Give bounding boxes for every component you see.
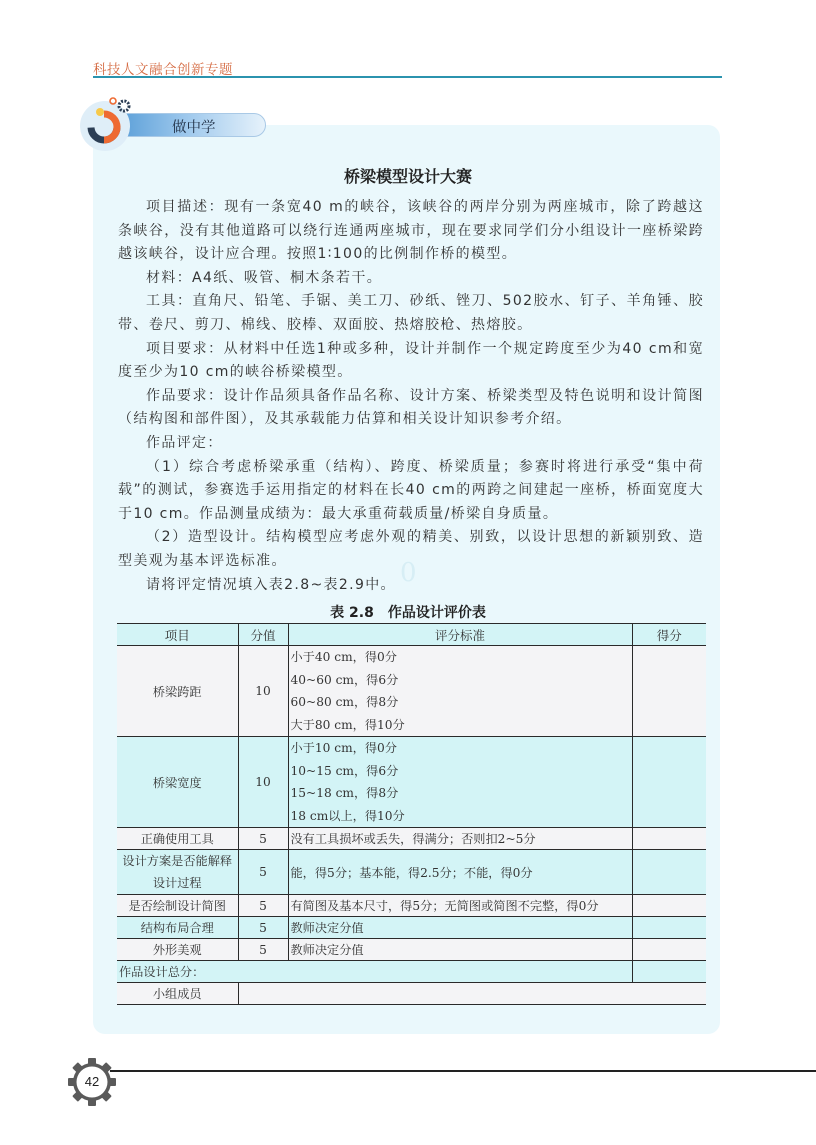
row-result-cell[interactable] [632, 850, 706, 895]
criteria-line: 小于10 cm，得0分 [291, 737, 630, 760]
header-result: 得分 [632, 624, 706, 646]
table-total-row: 作品设计总分： [117, 961, 706, 983]
document-body: 项目描述：现有一条宽40 m的峡谷，该峡谷的两岸分别为两座城市，除了跨越这条峡谷… [118, 196, 704, 597]
row-score: 5 [238, 939, 288, 961]
row-criteria: 小于40 cm，得0分 40~60 cm，得6分 60~80 cm，得8分 大于… [288, 646, 632, 737]
row-score: 10 [238, 737, 288, 828]
header-divider [93, 76, 722, 78]
row-criteria: 小于10 cm，得0分 10~15 cm，得6分 15~18 cm，得8分 18… [288, 737, 632, 828]
row-result-cell[interactable] [632, 828, 706, 850]
criteria-line: 10~15 cm，得6分 [291, 760, 630, 783]
row-result-cell[interactable] [632, 917, 706, 939]
table-row: 是否绘制设计简图 5 有简图及基本尺寸，得5分；无简图或简图不完整，得0分 [117, 895, 706, 917]
paragraph-requirements: 项目要求：从材料中任选1种或多种，设计并制作一个规定跨度至少为40 cm和宽度至… [118, 338, 704, 385]
section-badge-label: 做中学 [172, 116, 216, 137]
row-result-cell[interactable] [632, 895, 706, 917]
row-result-cell[interactable] [632, 737, 706, 828]
table-members-row: 小组成员 [117, 983, 706, 1005]
row-result-cell[interactable] [632, 939, 706, 961]
paragraph-tools: 工具：直角尺、铅笔、手锯、美工刀、砂纸、锉刀、502胶水、钉子、羊角锤、胶带、卷… [118, 290, 704, 337]
table-caption: 表 2.8 作品设计评价表 [0, 602, 816, 622]
table-row: 设计方案是否能解释设计过程 5 能，得5分；基本能，得2.5分；不能，得0分 [117, 850, 706, 895]
paragraph-description: 项目描述：现有一条宽40 m的峡谷，该峡谷的两岸分别为两座城市，除了跨越这条峡谷… [118, 196, 704, 267]
row-item: 桥梁跨距 [117, 646, 238, 737]
row-item: 结构布局合理 [117, 917, 238, 939]
document-title: 桥梁模型设计大赛 [0, 164, 816, 187]
row-item: 桥梁宽度 [117, 737, 238, 828]
paragraph-materials: 材料：A4纸、吸管、桐木条若干。 [118, 267, 704, 291]
header-score: 分值 [238, 624, 288, 646]
gears-logo-icon [78, 94, 138, 154]
row-criteria: 教师决定分值 [288, 939, 632, 961]
header-item: 项目 [117, 624, 238, 646]
series-title: 科技人文融合创新专题 [93, 58, 233, 78]
table-row: 正确使用工具 5 没有工具损坏或丢失，得满分；否则扣2~5分 [117, 828, 706, 850]
table-row: 桥梁宽度 10 小于10 cm，得0分 10~15 cm，得6分 15~18 c… [117, 737, 706, 828]
watermark: 0 [400, 558, 417, 588]
row-criteria: 能，得5分；基本能，得2.5分；不能，得0分 [288, 850, 632, 895]
total-value-cell[interactable] [632, 961, 706, 983]
paragraph-work-requirements: 作品要求：设计作品须具备作品名称、设计方案、桥梁类型及特色说明和设计简图（结构图… [118, 385, 704, 432]
row-criteria: 有简图及基本尺寸，得5分；无简图或简图不完整，得0分 [288, 895, 632, 917]
criteria-line: 小于40 cm，得0分 [291, 646, 630, 669]
row-score: 5 [238, 850, 288, 895]
criteria-line: 60~80 cm，得8分 [291, 691, 630, 714]
row-result-cell[interactable] [632, 646, 706, 737]
footer-divider [110, 1070, 816, 1072]
row-item: 设计方案是否能解释设计过程 [117, 850, 238, 895]
paragraph-evaluation-1: （1）综合考虑桥梁承重（结构）、跨度、桥梁质量；参赛时将进行承受“集中荷载”的测… [118, 456, 704, 527]
header-criteria: 评分标准 [288, 624, 632, 646]
criteria-line: 大于80 cm，得10分 [291, 714, 630, 737]
row-item: 外形美观 [117, 939, 238, 961]
table-header-row: 项目 分值 评分标准 得分 [117, 624, 706, 646]
page-number: 42 [67, 1057, 117, 1107]
table-row: 结构布局合理 5 教师决定分值 [117, 917, 706, 939]
row-score: 5 [238, 828, 288, 850]
table-row: 外形美观 5 教师决定分值 [117, 939, 706, 961]
row-item: 正确使用工具 [117, 828, 238, 850]
paragraph-evaluation-heading: 作品评定： [118, 432, 704, 456]
total-label: 作品设计总分： [117, 961, 632, 983]
criteria-line: 15~18 cm，得8分 [291, 782, 630, 805]
members-value-cell[interactable] [238, 983, 706, 1005]
row-item: 是否绘制设计简图 [117, 895, 238, 917]
criteria-line: 18 cm以上，得10分 [291, 805, 630, 828]
row-criteria: 教师决定分值 [288, 917, 632, 939]
criteria-line: 40~60 cm，得6分 [291, 669, 630, 692]
row-score: 5 [238, 917, 288, 939]
evaluation-table: 项目 分值 评分标准 得分 桥梁跨距 10 小于40 cm，得0分 40~60 … [117, 623, 706, 1005]
table-row: 桥梁跨距 10 小于40 cm，得0分 40~60 cm，得6分 60~80 c… [117, 646, 706, 737]
row-criteria: 没有工具损坏或丢失，得满分；否则扣2~5分 [288, 828, 632, 850]
row-score: 5 [238, 895, 288, 917]
members-label: 小组成员 [117, 983, 238, 1005]
row-score: 10 [238, 646, 288, 737]
